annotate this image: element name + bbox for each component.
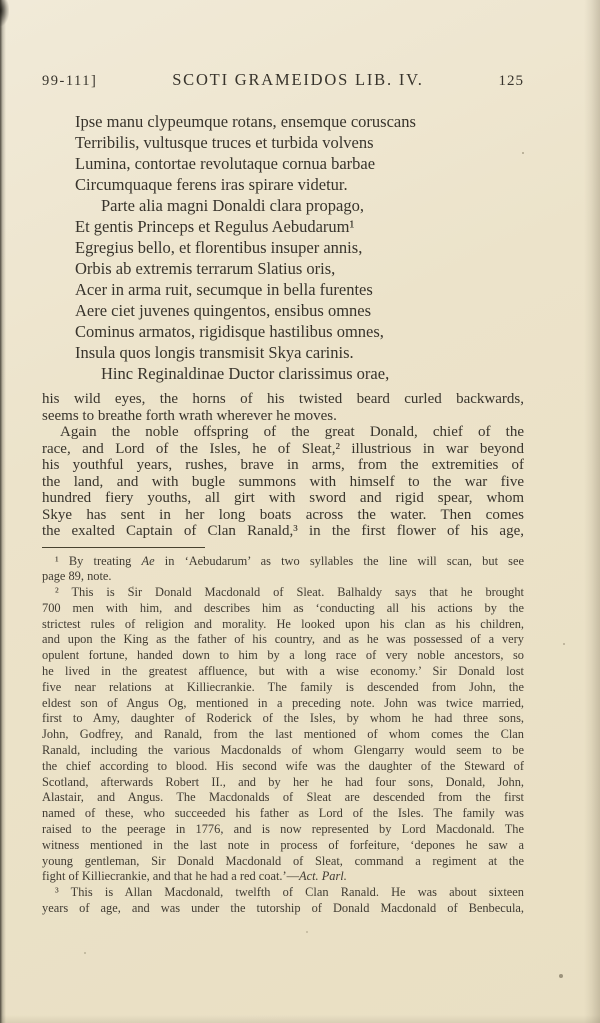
verse-line: Lumina, contortae revolutaque cornua bar… <box>75 153 524 174</box>
footnote-line: and upon the King as the father of his c… <box>42 632 524 648</box>
verse-line: Acer in arma ruit, secumque in bella fur… <box>75 279 524 300</box>
verse-line: Cominus armatos, rigidisque hastilibus o… <box>75 321 524 342</box>
footnote-line: years of age, and was under the tutorshi… <box>42 901 524 917</box>
prose-line: Skye has sent in her long boats across t… <box>42 507 524 524</box>
verse-line: Terribilis, vultusque truces et turbida … <box>75 132 524 153</box>
footnote-line: the chief according to blood. His second… <box>42 759 524 775</box>
verse-line: Orbis ab extremis terrarum Slatius oris, <box>75 258 524 279</box>
footnote-line: young gentleman, Sir Donald Macdonald of… <box>42 854 524 870</box>
footnote-line: raised to the peerage in 1776, and is no… <box>42 822 524 838</box>
verse-line: Egregius bello, et florentibus insuper a… <box>75 237 524 258</box>
page-gutter-shadow <box>0 0 6 1023</box>
scanned-book-page: { "colors": { "page_background": "#ece3c… <box>0 0 600 1023</box>
footnote-line: opulent fortune, handed down to him by a… <box>42 648 524 664</box>
footnote-line: Ranald, including the various Macdonalds… <box>42 743 524 759</box>
page-number: 125 <box>498 71 524 91</box>
running-head: 99-111] SCOTI GRAMEIDOS LIB. IV. 125 <box>42 70 524 91</box>
page-gutter-corner-shadow <box>0 0 9 26</box>
prose-line: Again the noble offspring of the great D… <box>42 424 524 441</box>
footnote-line: Scotland, afterwards Robert II., and by … <box>42 775 524 791</box>
footnote-line: strictest rules of religion and morality… <box>42 617 524 633</box>
footnote-line: Alastair, and Angus. The Macdonalds of S… <box>42 790 524 806</box>
page-content: 99-111] SCOTI GRAMEIDOS LIB. IV. 125 Ips… <box>42 70 524 917</box>
prose-line: race, and Lord of the Isles, he of Sleat… <box>42 441 524 458</box>
prose-line: the exalted Captain of Clan Ranald,³ in … <box>42 523 524 540</box>
footnote-line: ³ This is Allan Macdonald, twelfth of Cl… <box>42 885 524 901</box>
verse-line: Insula quos longis transmisit Skya carin… <box>75 342 524 363</box>
footnote-line: five near relations at Killiecrankie. Th… <box>42 680 524 696</box>
footnote-line: ¹ By treating Ae in ‘Aebudarum’ as two s… <box>42 554 524 570</box>
footnote-line: fight of Killiecrankie, and that he had … <box>42 869 524 885</box>
verse-line: Et gentis Princeps et Regulus Aebudarum¹ <box>75 216 524 237</box>
verse-line: Ipse manu clypeumque rotans, ensemque co… <box>75 111 524 132</box>
running-title: SCOTI GRAMEIDOS LIB. IV. <box>172 70 423 90</box>
verse-line: Aere ciet juvenes quingentos, ensibus om… <box>75 300 524 321</box>
page-right-edge-shadow <box>584 0 600 1023</box>
footnote-line: witness mentioned in the last note in pr… <box>42 838 524 854</box>
footnotes: ¹ By treating Ae in ‘Aebudarum’ as two s… <box>42 554 524 917</box>
page-bottom-edge-shadow <box>0 1015 600 1023</box>
verse-line: Circumquaque ferens iras spirare videtur… <box>75 174 524 195</box>
footnote-line: first to Amy, daughter of Roderick of th… <box>42 711 524 727</box>
footnote-line: ² This is Sir Donald Macdonald of Sleat.… <box>42 585 524 601</box>
verse-line: Hinc Reginaldinae Ductor clarissimus ora… <box>75 363 524 384</box>
latin-verse: Ipse manu clypeumque rotans, ensemque co… <box>75 111 524 384</box>
verse-line: Parte alia magni Donaldi clara propago, <box>75 195 524 216</box>
prose-line: seems to breathe forth wrath wherever he… <box>42 408 524 425</box>
folio-line-numbers: 99-111] <box>42 71 97 91</box>
footnote-line: named of these, who succeeded his father… <box>42 806 524 822</box>
footnote-line: eldest son of Angus Og, mentioned in a p… <box>42 696 524 712</box>
footnote-line: John, Godfrey, and Ranald, from the last… <box>42 727 524 743</box>
prose-line: his wild eyes, the horns of his twisted … <box>42 391 524 408</box>
prose-line: hundred fiery youths, all girt with swor… <box>42 490 524 507</box>
footnote-line: page 89, note. <box>42 569 524 585</box>
footnote-line: he lived in the greatest affluence, but … <box>42 664 524 680</box>
paper-specks <box>0 0 2 2</box>
footnote-separator <box>42 547 205 548</box>
english-translation: his wild eyes, the horns of his twisted … <box>42 391 524 540</box>
prose-line: his youthful years, rushes, brave in arm… <box>42 457 524 474</box>
prose-line: the land, and with bugle summons with hi… <box>42 474 524 491</box>
footnote-line: 700 men with him, and describes him as ‘… <box>42 601 524 617</box>
